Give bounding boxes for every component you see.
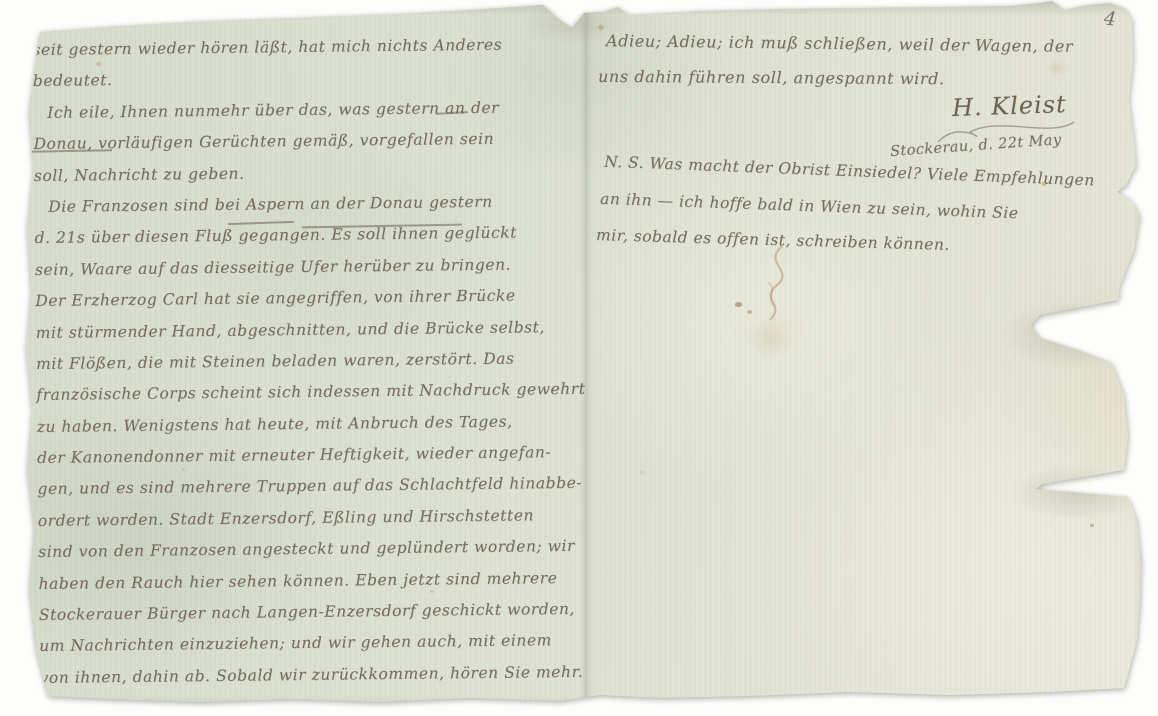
- tear-shading: [1000, 300, 1150, 370]
- letter-sheet: seit gestern wieder hören läßt, hat mich…: [0, 0, 1158, 716]
- center-fold: [580, 0, 596, 716]
- paper-edge-shade-top: [0, 0, 1158, 16]
- handwriting-line: seit gestern wieder hören läßt, hat mich…: [32, 29, 562, 66]
- left-page-text: seit gestern wieder hören läßt, hat mich…: [32, 29, 569, 694]
- paper-edge-shade-right: [1132, 0, 1158, 716]
- foxing-spot: [1090, 524, 1094, 527]
- handwriting-line: von ihnen, dahin ab. Sobald wir zurückko…: [39, 657, 569, 694]
- page-number: 4: [1103, 7, 1117, 30]
- letter-sheet-shadow: seit gestern wieder hören läßt, hat mich…: [0, 0, 1158, 716]
- faint-stain: [748, 318, 792, 358]
- signature: H. Kleist: [952, 90, 1068, 122]
- paper-edge-shade-bottom: [0, 696, 1158, 716]
- tear-shading: [1010, 465, 1150, 520]
- foxing-spot: [1046, 60, 1068, 76]
- postscript-line: an ihn — ich hoffe bald in Wien zu sein,…: [600, 190, 1019, 223]
- postscript-line: N. S. Was macht der Obrist Einsiedel? Vi…: [604, 153, 1095, 190]
- handwriting-line: uns dahin führen soll, angespannt wird.: [598, 67, 945, 88]
- ink-stain: [735, 302, 742, 307]
- handwriting-line: Adieu; Adieu; ich muß schließen, weil de…: [606, 31, 1073, 56]
- postscript-line: mir, sobald es offen ist, schreiben könn…: [596, 226, 950, 254]
- handwriting-line: Donau, vorläufigen Gerüchten gemäß, vorg…: [33, 123, 563, 160]
- paper-edge-shade-left: [0, 0, 22, 716]
- scan-background: seit gestern wieder hören läßt, hat mich…: [0, 0, 1158, 716]
- dateline: Stockerau, d. 22t May: [890, 132, 1062, 160]
- ink-stain: [747, 310, 752, 314]
- foxing-spot: [640, 470, 645, 474]
- ink-bleedthrough-mark: [738, 242, 808, 347]
- foxing-spot: [598, 25, 604, 30]
